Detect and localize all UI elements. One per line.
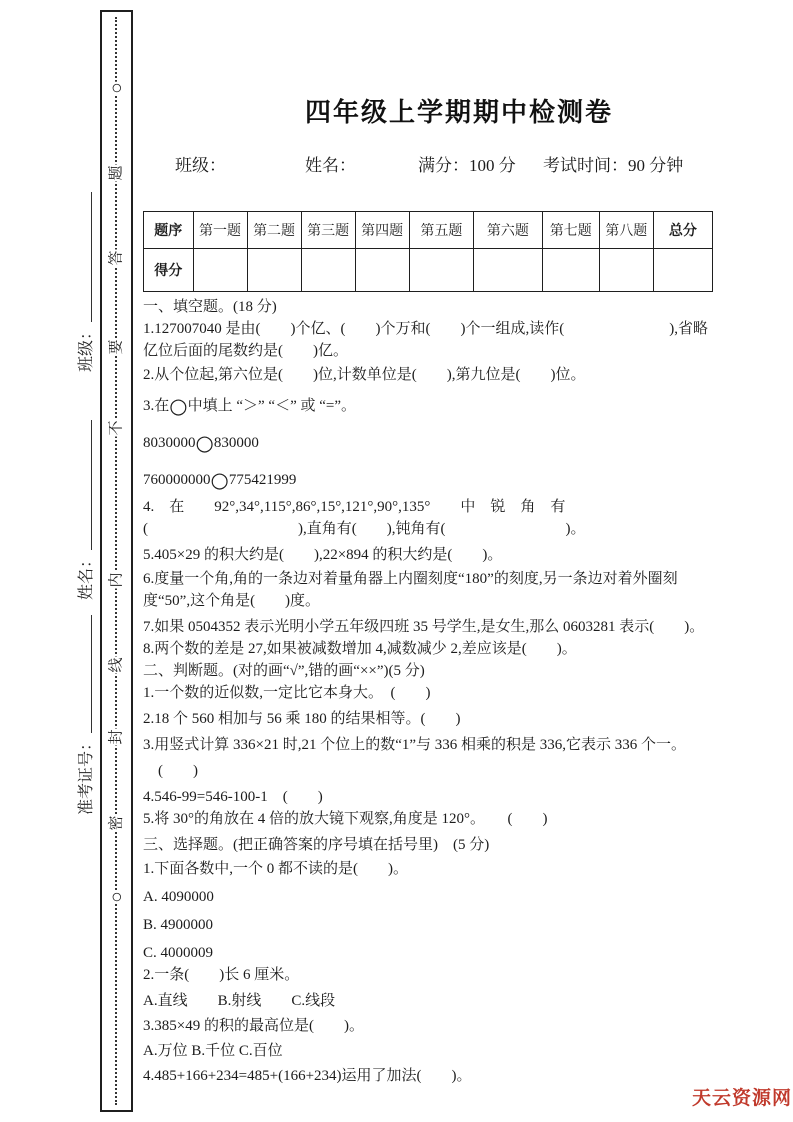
- q3-suffix: 中填上 “＞” “＜” 或 “=”。: [188, 398, 356, 414]
- score-cell: [653, 249, 712, 292]
- circle-blank: ○: [196, 431, 214, 455]
- text-line: ( ),直角有( ),钝角有( )。: [143, 518, 783, 540]
- margin-name-field: 姓名：: [74, 420, 96, 600]
- seal-circle-mark: ○: [105, 890, 128, 903]
- col-header-q8: 第八题: [599, 212, 653, 249]
- score-cell: [301, 249, 355, 292]
- text-line: 亿位后面的尾数约是( )亿。: [143, 340, 783, 362]
- score-cell: [193, 249, 247, 292]
- exam-time-label: 考试时间：90 分钟: [543, 151, 683, 176]
- class-blank-line: [91, 192, 92, 322]
- score-cell: [355, 249, 409, 292]
- comparison-line: 8030000○830000: [143, 430, 783, 456]
- score-cell: [409, 249, 473, 292]
- section-heading-choice: 三、选择题。(把正确答案的序号填在括号里) (5 分): [143, 834, 783, 856]
- margin-exam-no-label: 准考证号：: [73, 735, 96, 815]
- text-line: 5.将 30°的角放在 4 倍的放大镜下观察,角度是 120°。 ( ): [143, 808, 783, 830]
- text-line: 度“50”,这个角是( )度。: [143, 590, 783, 612]
- text-line: 5.405×29 的积大约是( ),22×894 的积大约是( )。: [143, 544, 783, 566]
- option-line: B. 4900000: [143, 914, 783, 936]
- class-field-label: 班级：: [175, 151, 226, 176]
- seal-char: 答: [105, 249, 128, 266]
- col-header-q2: 第二题: [247, 212, 301, 249]
- option-line: C. 4000009: [143, 942, 783, 964]
- col-header-q3: 第三题: [301, 212, 355, 249]
- exam-paper-page: ○ 题 答 要 不 内 线 封 密 ○ 班级： 姓名： 准考证号： 四年级上学期…: [0, 0, 793, 1122]
- compare-right-number: 830000: [214, 435, 259, 451]
- text-line: 4. 在 92°,34°,115°,86°,15°,121°,90°,135° …: [143, 496, 783, 518]
- text-line: 4.485+166+234=485+(166+234)运用了加法( )。: [143, 1065, 783, 1087]
- text-line: 3.在○中填上 “＞” “＜” 或 “=”。: [143, 393, 783, 419]
- margin-class-label: 班级：: [73, 324, 96, 372]
- text-line: 3.用竖式计算 336×21 时,21 个位上的数“1”与 336 相乘的积是 …: [143, 734, 783, 756]
- margin-name-label: 姓名：: [73, 552, 96, 600]
- score-cell: [473, 249, 542, 292]
- section-heading-fill: 一、填空题。(18 分): [143, 296, 783, 318]
- text-line: 7.如果 0504352 表示光明小学五年级四班 35 号学生,是女生,那么 0…: [143, 616, 783, 638]
- seal-char: 内: [105, 571, 128, 588]
- score-table-header-row: 题序 第一题 第二题 第三题 第四题 第五题 第六题 第七题 第八题 总分: [144, 212, 713, 249]
- seal-char: 线: [105, 656, 128, 673]
- text-line: 3.385×49 的积的最高位是( )。: [143, 1015, 783, 1037]
- text-line: 6.度量一个角,角的一条边对着量角器上内圈刻度“180”的刻度,另一条边对着外圈…: [143, 568, 783, 590]
- score-row: 得分: [144, 249, 713, 292]
- q3-prefix: 3.在: [143, 398, 169, 414]
- compare-left-number: 8030000: [143, 435, 196, 451]
- name-blank-line: [91, 420, 92, 550]
- exam-info-row: 班级： 姓名： 满分：100 分 考试时间：90 分钟: [143, 151, 783, 175]
- compare-right-number: 775421999: [229, 472, 297, 488]
- col-header-question-order: 题序: [144, 212, 194, 249]
- text-line: ( ): [143, 760, 783, 782]
- margin-exam-no-field: 准考证号：: [74, 615, 96, 815]
- score-cell: [599, 249, 653, 292]
- text-line: 1.下面各数中,一个 0 都不读的是( )。: [143, 858, 783, 880]
- compare-left-number: 760000000: [143, 472, 211, 488]
- option-line: A.万位 B.千位 C.百位: [143, 1040, 783, 1062]
- comparison-line: 760000000○775421999: [143, 467, 783, 493]
- col-header-q5: 第五题: [409, 212, 473, 249]
- col-header-q4: 第四题: [355, 212, 409, 249]
- text-line: 1.127007040 是由( )个亿、( )个万和( )个一组成,读作( ),…: [143, 318, 783, 340]
- seal-char: 题: [105, 164, 128, 181]
- exam-no-blank-line: [91, 615, 92, 733]
- section-heading-judge: 二、判断题。(对的画“√”,错的画“××”)(5 分): [143, 660, 783, 682]
- score-cell: [542, 249, 599, 292]
- score-table: 题序 第一题 第二题 第三题 第四题 第五题 第六题 第七题 第八题 总分 得分: [143, 211, 713, 292]
- question-body: 一、填空题。(18 分) 1.127007040 是由( )个亿、( )个万和(…: [143, 296, 783, 1087]
- col-header-q6: 第六题: [473, 212, 542, 249]
- text-line: 2.从个位起,第六位是( )位,计数单位是( ),第九位是( )位。: [143, 364, 783, 386]
- text-line: 2.一条( )长 6 厘米。: [143, 964, 783, 986]
- option-line: A.直线 B.射线 C.线段: [143, 990, 783, 1012]
- name-field-label: 姓名：: [305, 151, 356, 176]
- text-line: 2.18 个 560 相加与 56 乘 180 的结果相等。( ): [143, 708, 783, 730]
- col-header-q7: 第七题: [542, 212, 599, 249]
- col-header-q1: 第一题: [193, 212, 247, 249]
- full-score-label: 满分：100 分: [418, 151, 516, 176]
- text-line: 8.两个数的差是 27,如果被减数增加 4,减数减少 2,差应该是( )。: [143, 638, 783, 660]
- seal-char: 要: [105, 338, 128, 355]
- page-title: 四年级上学期期中检测卷: [143, 92, 775, 129]
- col-header-total: 总分: [653, 212, 712, 249]
- margin-class-field: 班级：: [74, 192, 96, 372]
- circle-blank: ○: [169, 394, 187, 418]
- score-row-label: 得分: [144, 249, 194, 292]
- score-cell: [247, 249, 301, 292]
- seal-circle-mark: ○: [105, 81, 128, 94]
- text-line: 1.一个数的近似数,一定比它本身大。 ( ): [143, 682, 783, 704]
- seal-char: 密: [105, 814, 128, 831]
- circle-blank: ○: [211, 468, 229, 492]
- seal-char: 封: [105, 728, 128, 745]
- watermark: 天云资源网: [692, 1083, 792, 1110]
- option-line: A. 4090000: [143, 886, 783, 908]
- text-line: 4.546-99=546-100-1 ( ): [143, 786, 783, 808]
- seal-line-strip: ○ 题 答 要 不 内 线 封 密 ○: [100, 10, 133, 1112]
- seal-char: 不: [105, 419, 128, 436]
